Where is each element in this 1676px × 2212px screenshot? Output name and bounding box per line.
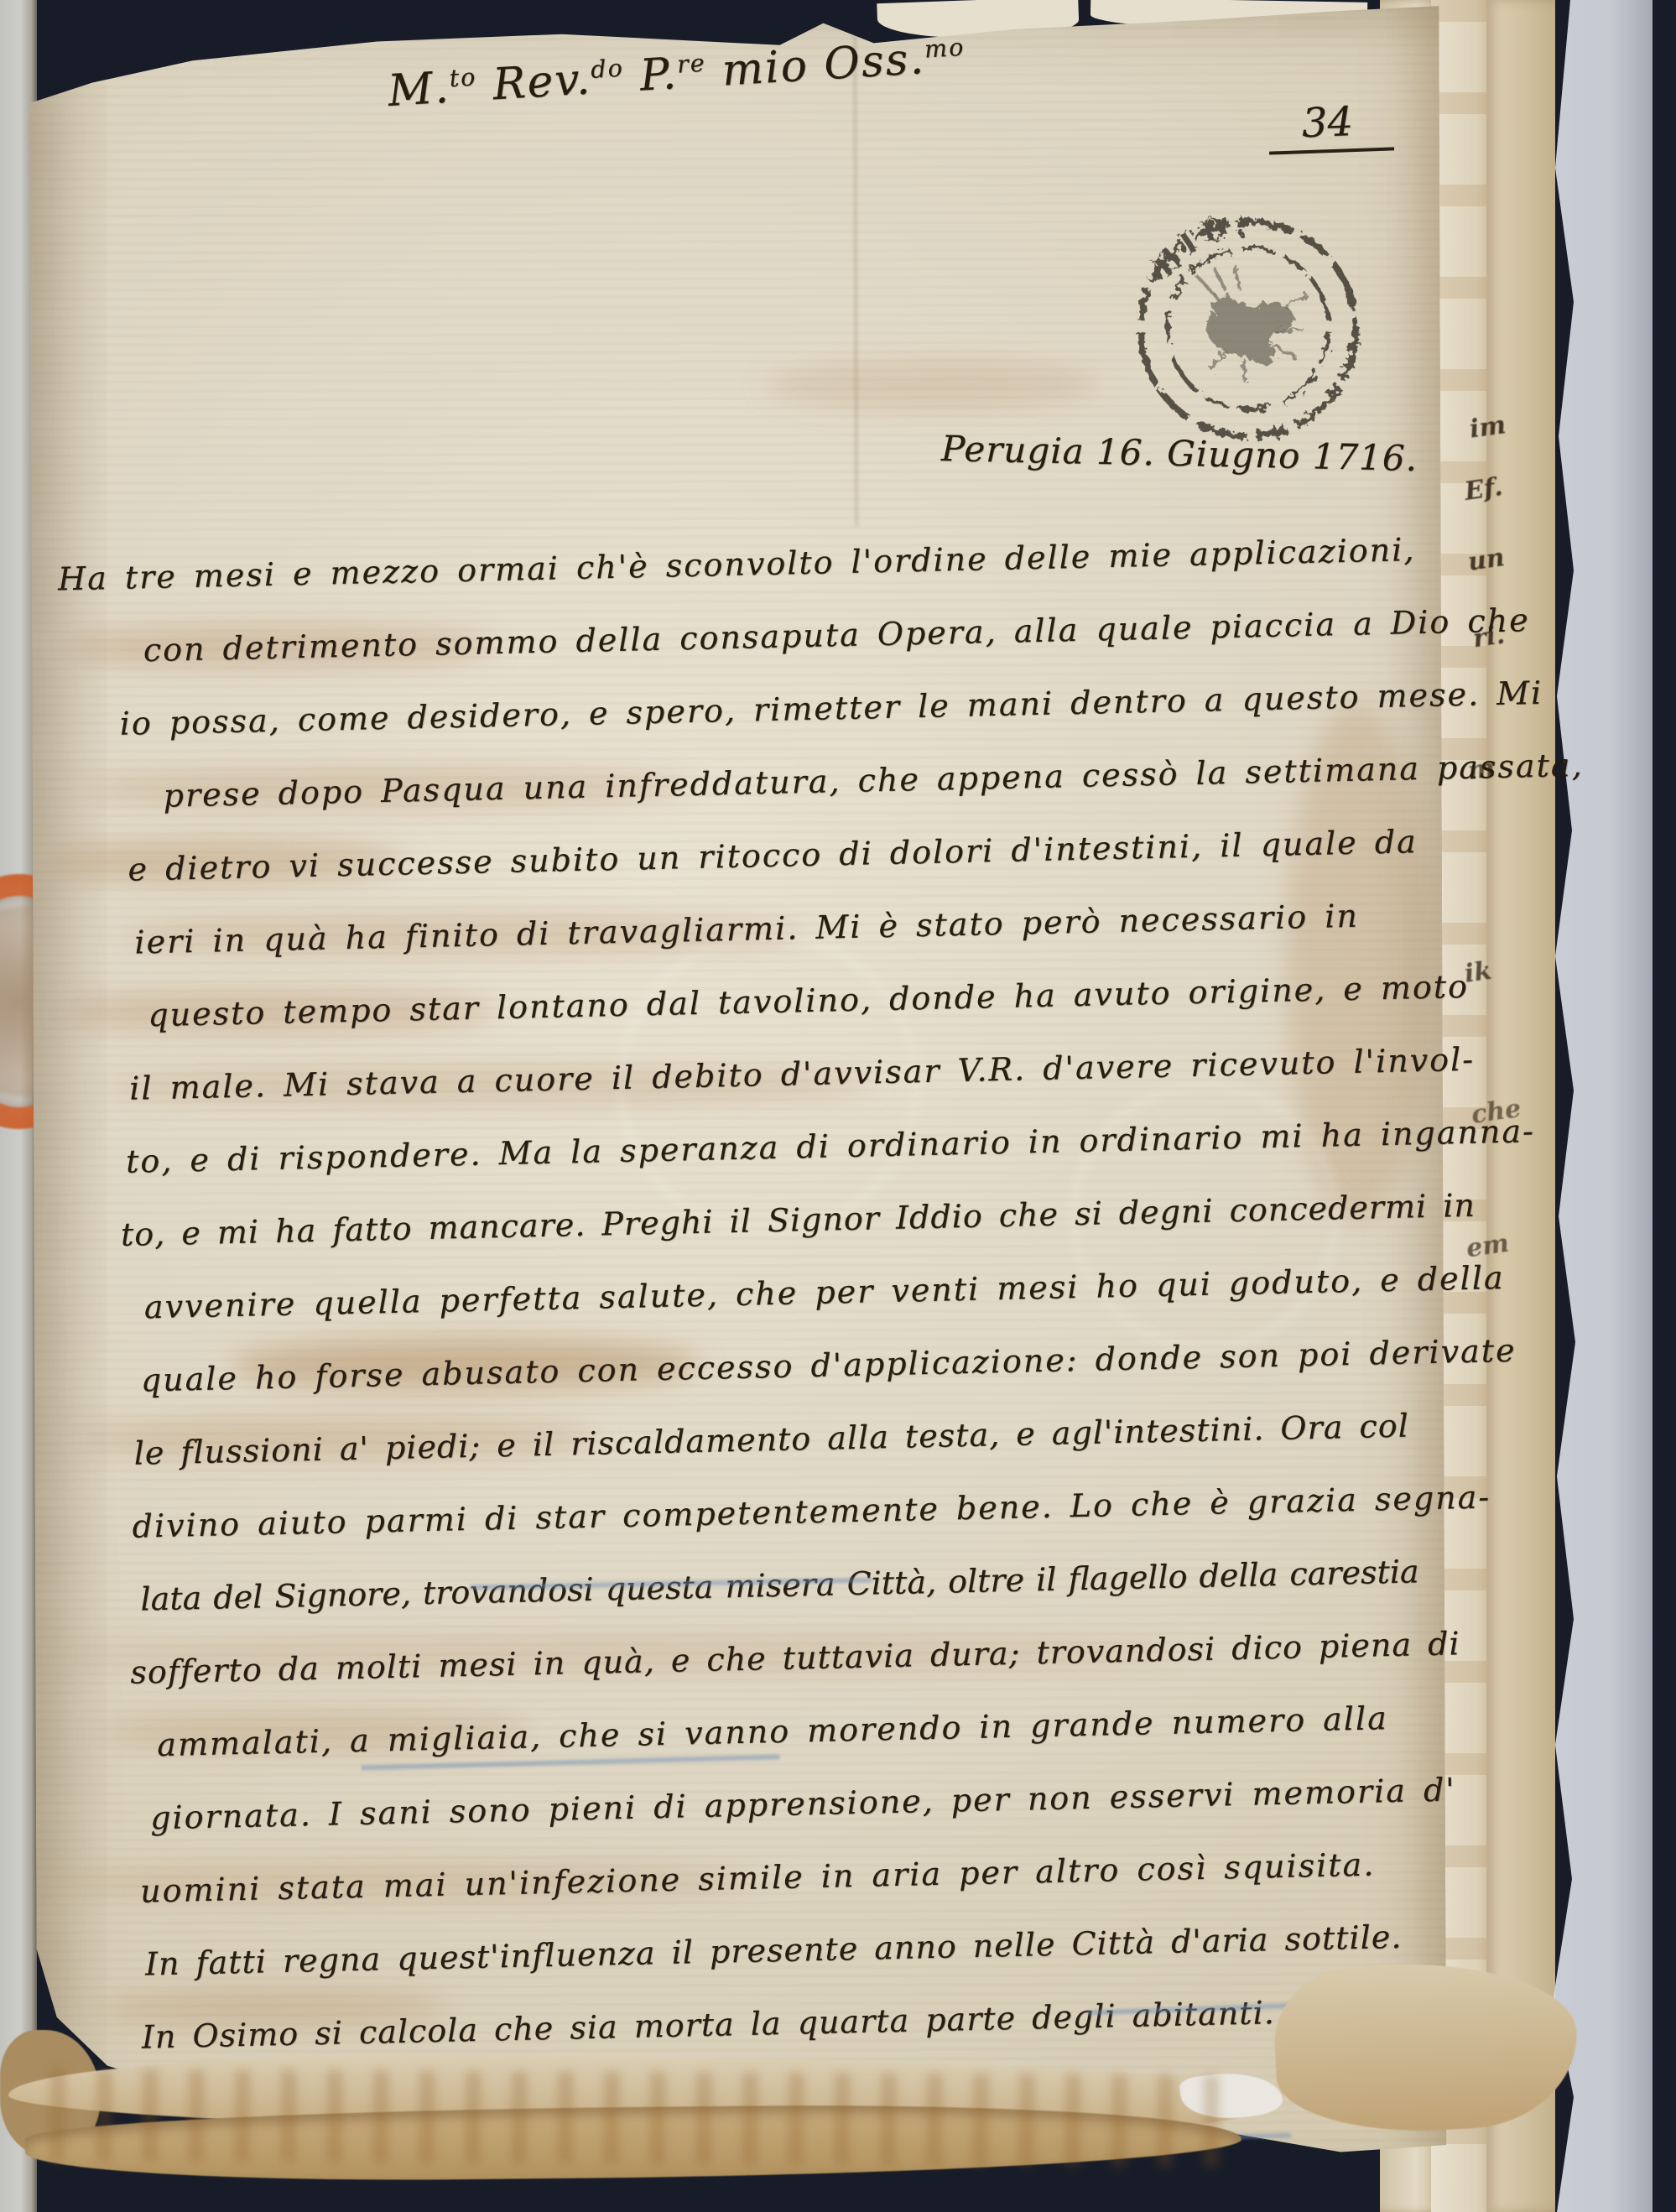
salutation-superscript: mo [924, 33, 966, 64]
salutation-superscript: do [590, 54, 625, 84]
salutation-part: M. [387, 63, 451, 117]
salutation-superscript: re [676, 49, 707, 79]
library-ink-stamp: · BIB: · [1106, 187, 1391, 471]
archival-scan-scene: imEf.unri.mikcheem M.to Rev.do P.re mio … [0, 0, 1676, 2212]
salutation-part: Rev. [476, 54, 593, 111]
bleedthrough-fragment: un [1466, 543, 1507, 577]
bleedthrough-fragment: Ef. [1463, 472, 1505, 507]
wax-seal-remnant [0, 874, 37, 1129]
glassine-interleaf [1548, 0, 1653, 2212]
folio-number: 34 [1267, 96, 1394, 154]
salutation-part: P. [623, 49, 679, 102]
letter-body: Ha tre mesi e mezzo ormai ch'è sconvolto… [34, 513, 1450, 2076]
bleedthrough-fragment: im [1468, 410, 1508, 445]
stain [764, 359, 1100, 410]
fold-crease [853, 23, 857, 526]
stamp-emblem [1202, 293, 1295, 366]
deckle-stains [50, 2069, 1226, 2167]
salutation-superscript: to [449, 62, 478, 92]
